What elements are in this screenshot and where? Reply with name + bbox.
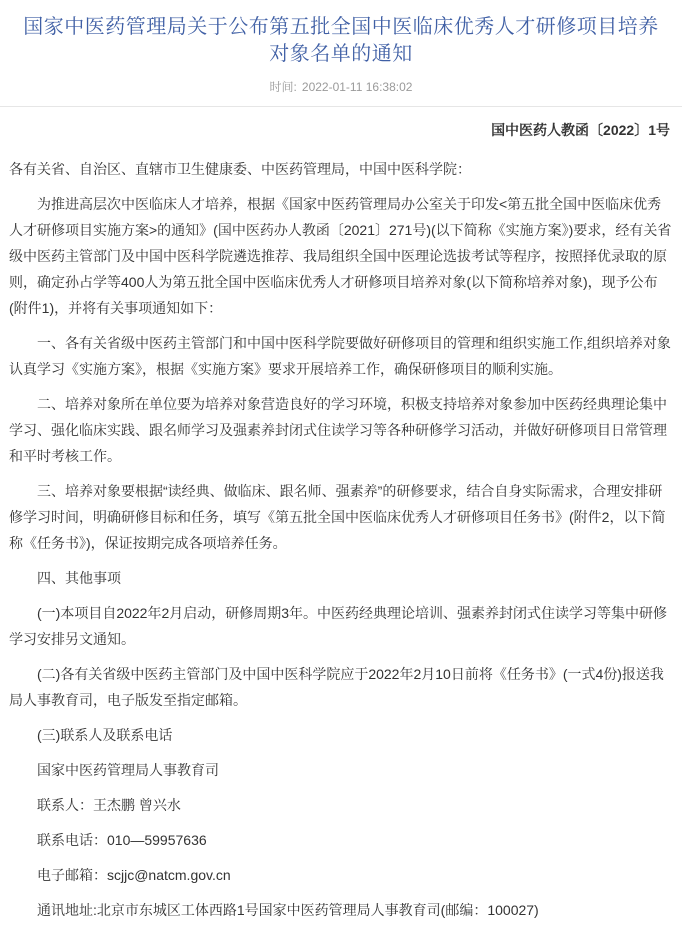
paragraph-item-1: 一、各有关省级中医药主管部门和中国中医科学院要做好研修项目的管理和组织实施工作,…: [9, 330, 673, 382]
page-title: 国家中医药管理局关于公布第五批全国中医临床优秀人才研修项目培养对象名单的通知: [0, 14, 682, 68]
document-number: 国中医药人教函〔2022〕1号: [0, 120, 682, 140]
notice-content: 各有关省、自治区、直辖市卫生健康委、中医药管理局，中国中医科学院： 为推进高层次…: [0, 156, 682, 923]
contact-email: 电子邮箱：scjjc@natcm.gov.cn: [9, 862, 673, 888]
paragraph-item-4-sub-2: (二)各有关省级中医药主管部门及中国中医科学院应于2022年2月10日前将《任务…: [9, 661, 673, 713]
paragraph-item-4-heading: 四、其他事项: [9, 565, 673, 591]
publish-time: 时间:2022-01-11 16:38:02: [0, 78, 682, 106]
paragraph-intro: 为推进高层次中医临床人才培养，根据《国家中医药管理局办公室关于印发<第五批全国中…: [9, 191, 673, 321]
contact-department: 国家中医药管理局人事教育司: [9, 757, 673, 783]
salutation: 各有关省、自治区、直辖市卫生健康委、中医药管理局，中国中医科学院：: [9, 156, 673, 182]
paragraph-item-4-sub-3-heading: (三)联系人及联系电话: [9, 722, 673, 748]
contact-address: 通讯地址:北京市东城区工体西路1号国家中医药管理局人事教育司(邮编：100027…: [9, 897, 673, 923]
contact-person: 联系人：王杰鹏 曾兴水: [9, 792, 673, 818]
publish-time-value: 2022-01-11 16:38:02: [302, 80, 413, 94]
paragraph-item-4-sub-1: (一)本项目自2022年2月启动，研修周期3年。中医药经典理论培训、强素养封闭式…: [9, 600, 673, 652]
publish-time-label: 时间:: [270, 80, 297, 94]
notice-page: 国家中医药管理局关于公布第五批全国中医临床优秀人才研修项目培养对象名单的通知 时…: [0, 0, 682, 940]
contact-phone: 联系电话：010—59957636: [9, 827, 673, 853]
paragraph-item-3: 三、培养对象要根据“读经典、做临床、跟名师、强素养”的研修要求，结合自身实际需求…: [9, 478, 673, 556]
paragraph-item-2: 二、培养对象所在单位要为培养对象营造良好的学习环境，积极支持培养对象参加中医药经…: [9, 391, 673, 469]
header-divider: [0, 106, 682, 107]
